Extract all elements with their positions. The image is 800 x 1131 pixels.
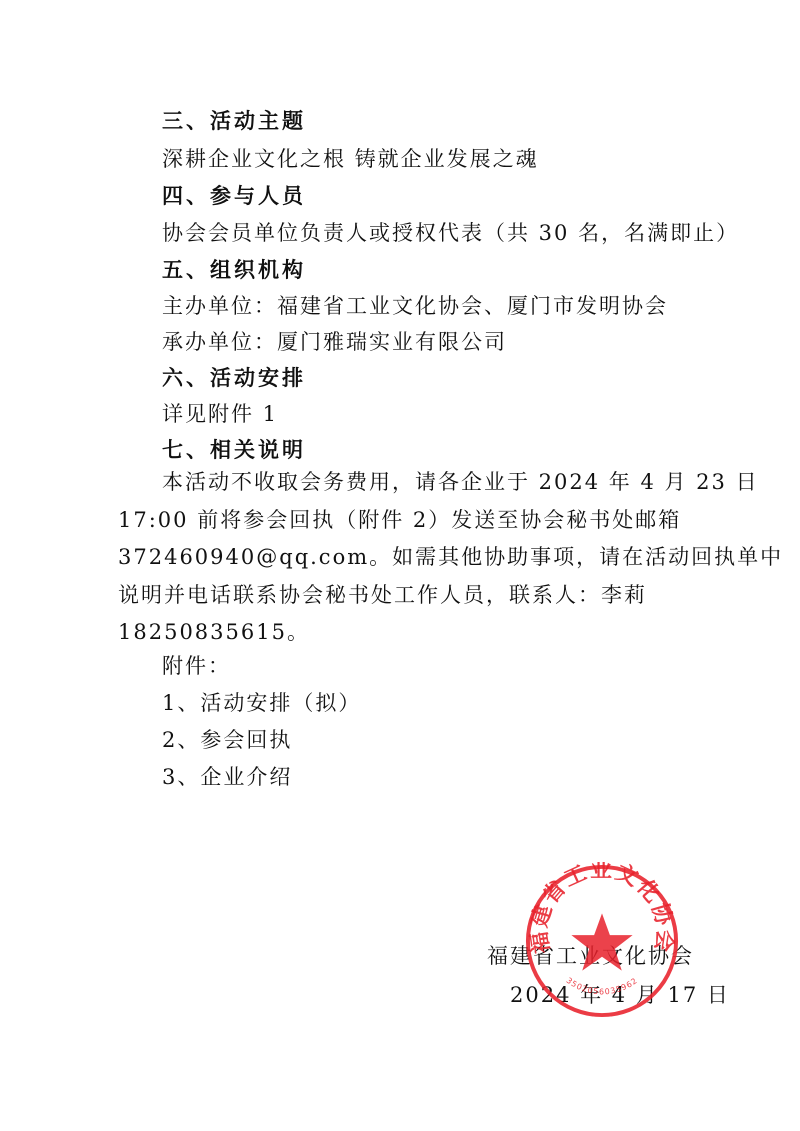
- seal-code: 3502056035962: [565, 976, 640, 996]
- participants-text: 协会会员单位负责人或授权代表（共 30 名，名满即止）: [162, 217, 739, 247]
- notes-line: 18250835615。: [118, 614, 688, 652]
- notes-line: 372460940@qq.com。如需其他协助事项，请在活动回执单中: [118, 539, 688, 577]
- attachments-label: 附件：: [162, 650, 231, 680]
- section-heading-theme: 三、活动主题: [162, 105, 306, 135]
- attachment-item: 2、参会回执: [162, 724, 292, 754]
- section-heading-participants: 四、参与人员: [162, 180, 306, 210]
- section-heading-notes: 七、相关说明: [162, 434, 306, 464]
- section-heading-schedule: 六、活动安排: [162, 362, 306, 392]
- notes-line: 说明并电话联系协会秘书处工作人员，联系人：李莉: [118, 577, 688, 615]
- co-organizer-text: 承办单位：厦门雅瑞实业有限公司: [162, 326, 507, 356]
- official-seal-icon: 福建省工业文化协会 3502056035962: [523, 862, 681, 1020]
- attachment-item: 3、企业介绍: [162, 761, 292, 791]
- schedule-text: 详见附件 1: [162, 398, 278, 428]
- attachment-item: 1、活动安排（拟）: [162, 687, 361, 717]
- organizer-text: 主办单位：福建省工业文化协会、厦门市发明协会: [162, 290, 668, 320]
- notes-line: 本活动不收取会务费用，请各企业于 2024 年 4 月 23 日: [118, 464, 688, 502]
- svg-text:3502056035962: 3502056035962: [565, 976, 640, 996]
- notes-line: 17:00 前将参会回执（附件 2）发送至协会秘书处邮箱: [118, 502, 688, 540]
- notes-paragraph: 本活动不收取会务费用，请各企业于 2024 年 4 月 23 日 17:00 前…: [118, 464, 688, 652]
- theme-text: 深耕企业文化之根 铸就企业发展之魂: [162, 143, 539, 173]
- section-heading-organization: 五、组织机构: [162, 254, 306, 284]
